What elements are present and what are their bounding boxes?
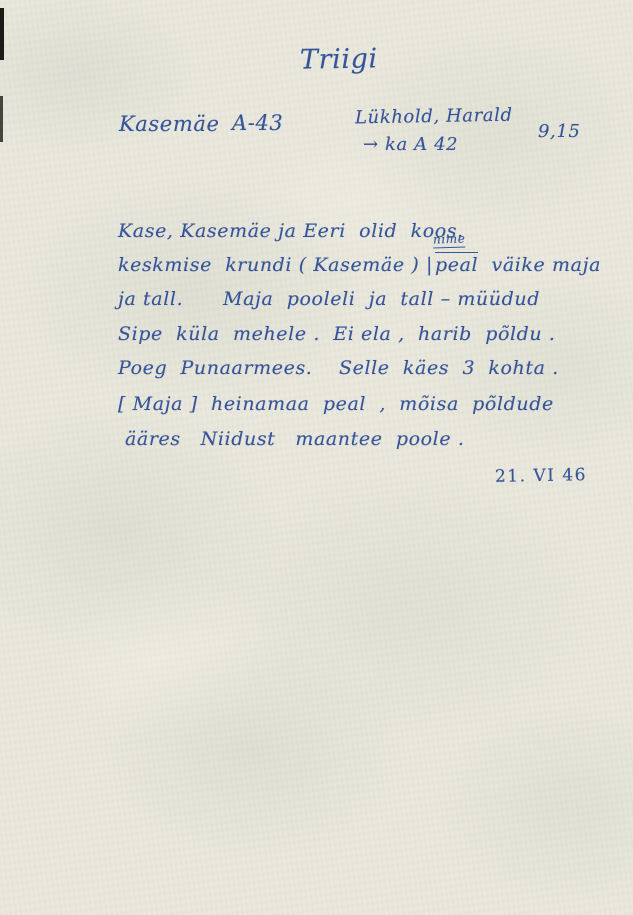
page-title: Triigi <box>300 43 378 75</box>
document-page: Triigi Kasemäe A-43 Lükhold, Harald → ka… <box>0 0 633 915</box>
scan-edge-artifact <box>0 8 4 60</box>
line2-overlined-word: peal <box>435 252 478 276</box>
cross-reference: → ka A 42 <box>363 134 458 155</box>
body-line-2: keskmise krundi ( Kasemäe ) |peal väike … <box>118 254 601 276</box>
informant-name: Lükhold, Harald <box>355 105 513 129</box>
header-number: 9,15 <box>538 121 580 142</box>
line2-suffix: väike maja <box>478 254 601 276</box>
body-line-6: [ Maja ] heinamaa peal , mõisa põldude <box>118 393 554 415</box>
inserted-word: nime <box>433 231 466 248</box>
body-line-4: Sipe küla mehele . Ei ela , harib põldu … <box>118 323 556 345</box>
body-line-3: ja tall. Maja pooleli ja tall – müüdud <box>118 288 540 310</box>
body-line-7: ääres Niidust maantee poole . <box>125 428 465 450</box>
line2-prefix: keskmise krundi ( Kasemäe ) | <box>118 254 435 276</box>
body-line-5: Poeg Punaarmees. Selle käes 3 kohta . <box>118 357 559 379</box>
body-line-1: Kase, Kasemäe ja Eeri olid koos. <box>118 220 464 242</box>
archive-code: A-43 <box>232 111 283 135</box>
scan-edge-artifact <box>0 96 3 142</box>
farm-name: Kasemäe <box>119 112 219 136</box>
date-note: 21. VI 46 <box>495 465 587 487</box>
